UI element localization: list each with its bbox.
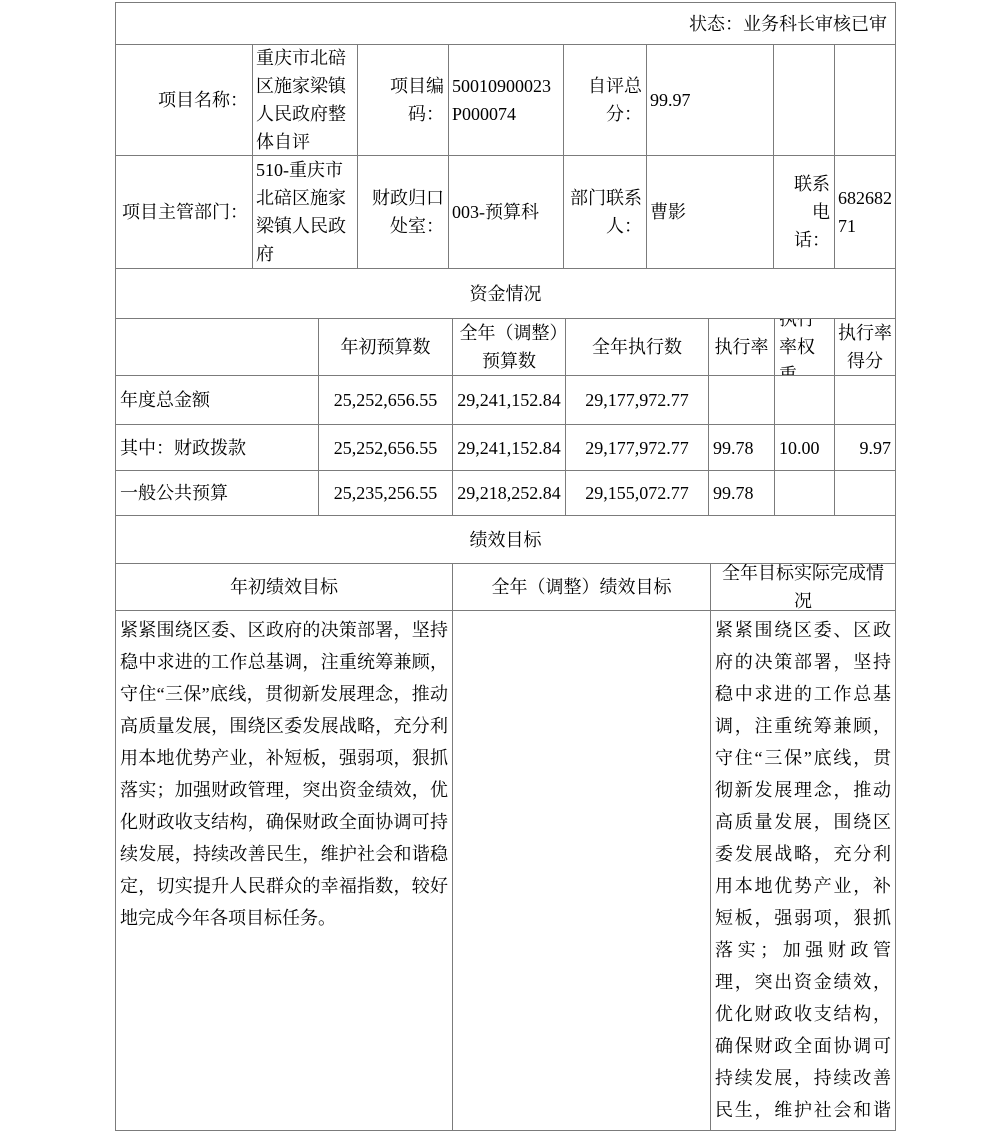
evaluation-form-table: 状态：业务科长审核已审 项目名称： 重庆市北碚区施家梁镇人民政府整体自评 项目编… xyxy=(115,2,896,1047)
empty-cell-1 xyxy=(774,45,835,156)
fund-row-annual-total-label: 年度总金额 xyxy=(116,376,319,425)
fund-header-blank xyxy=(116,319,319,376)
goals-header-adjusted: 全年（调整）绩效目标 xyxy=(453,564,711,611)
fund-row-fiscal-grant-label: 其中：财政拨款 xyxy=(116,425,319,471)
goals-section: 绩效目标 xyxy=(116,516,896,564)
adjusted-goal-text xyxy=(453,611,711,1047)
project-code-value: 50010900023P000074 xyxy=(449,45,564,156)
fund-row-annual-total-executed: 29,177,972.77 xyxy=(566,376,709,425)
fund-row-annual-total-adjusted: 29,241,152.84 xyxy=(453,376,566,425)
fund-header-rate-score: 执行率得分 xyxy=(835,319,896,376)
fund-row-annual-total-initial: 25,252,656.55 xyxy=(319,376,453,425)
fund-row-public-budget-rate: 99.78 xyxy=(709,471,775,516)
contact-person-value: 曹影 xyxy=(647,156,774,269)
fund-row-fiscal-grant-initial: 25,252,656.55 xyxy=(319,425,453,471)
fund-row-fiscal-grant-executed: 29,177,972.77 xyxy=(566,425,709,471)
finance-office-label: 财政归口处室： xyxy=(358,156,449,269)
funds-table: 年初预算数 全年（调整）预算数 全年执行数 执行率 执行率权重 执行率得分 年度… xyxy=(116,319,896,516)
finance-office-value: 003-预算科 xyxy=(449,156,564,269)
fund-row-annual-total-weight xyxy=(775,376,835,425)
fund-row-fiscal-grant-adjusted: 29,241,152.84 xyxy=(453,425,566,471)
fund-row-public-budget-weight xyxy=(775,471,835,516)
fund-row-fiscal-grant-score: 9.97 xyxy=(835,425,896,471)
supervising-dept-label: 项目主管部门： xyxy=(116,156,253,269)
self-score-value: 99.97 xyxy=(647,45,774,156)
fund-row-fiscal-grant-weight: 10.00 xyxy=(775,425,835,471)
contact-phone-label: 联系电话： xyxy=(774,156,835,269)
goals-section-title: 绩效目标 xyxy=(116,516,896,564)
project-info-table: 项目名称： 重庆市北碚区施家梁镇人民政府整体自评 项目编码： 500109000… xyxy=(116,45,896,269)
supervising-dept-value: 510-重庆市北碚区施家梁镇人民政府 xyxy=(253,156,358,269)
project-name-value: 重庆市北碚区施家梁镇人民政府整体自评 xyxy=(253,45,358,156)
fund-row-annual-total-score xyxy=(835,376,896,425)
fund-row-public-budget-label: 一般公共预算 xyxy=(116,471,319,516)
fund-row-public-budget-initial: 25,235,256.55 xyxy=(319,471,453,516)
goals-header-actual: 全年目标实际完成情况 xyxy=(711,564,896,611)
funds-section-title: 资金情况 xyxy=(116,269,896,319)
fund-header-execution-rate: 执行率 xyxy=(709,319,775,376)
project-name-label: 项目名称： xyxy=(116,45,253,156)
fund-row-annual-total-rate xyxy=(709,376,775,425)
self-score-label: 自评总分： xyxy=(564,45,647,156)
fund-header-initial-budget: 年初预算数 xyxy=(319,319,453,376)
status-text: 状态：业务科长审核已审 xyxy=(116,3,896,45)
fund-header-adjusted-budget: 全年（调整）预算数 xyxy=(453,319,566,376)
actual-completion-text: 紧紧围绕区委、区政府的决策部署，坚持稳中求进的工作总基调，注重统筹兼顾，守住“三… xyxy=(711,611,896,1047)
fund-row-public-budget-executed: 29,155,072.77 xyxy=(566,471,709,516)
status-row: 状态：业务科长审核已审 xyxy=(116,3,896,45)
fund-row-fiscal-grant-rate: 99.78 xyxy=(709,425,775,471)
project-code-label: 项目编码： xyxy=(358,45,449,156)
fund-row-public-budget-score xyxy=(835,471,896,516)
empty-cell-2 xyxy=(835,45,896,156)
initial-goal-text: 紧紧围绕区委、区政府的决策部署，坚持稳中求进的工作总基调，注重统筹兼顾，守住“三… xyxy=(116,611,453,1047)
fund-row-public-budget-adjusted: 29,218,252.84 xyxy=(453,471,566,516)
contact-person-label: 部门联系人： xyxy=(564,156,647,269)
funds-section: 资金情况 xyxy=(116,269,896,319)
goals-header-initial: 年初绩效目标 xyxy=(116,564,453,611)
goals-table: 年初绩效目标 全年（调整）绩效目标 全年目标实际完成情况 紧紧围绕区委、区政府的… xyxy=(116,564,896,1047)
fund-header-rate-weight: 执行率权重 xyxy=(775,319,835,376)
fund-header-executed: 全年执行数 xyxy=(566,319,709,376)
contact-phone-value: 68268271 xyxy=(835,156,896,269)
